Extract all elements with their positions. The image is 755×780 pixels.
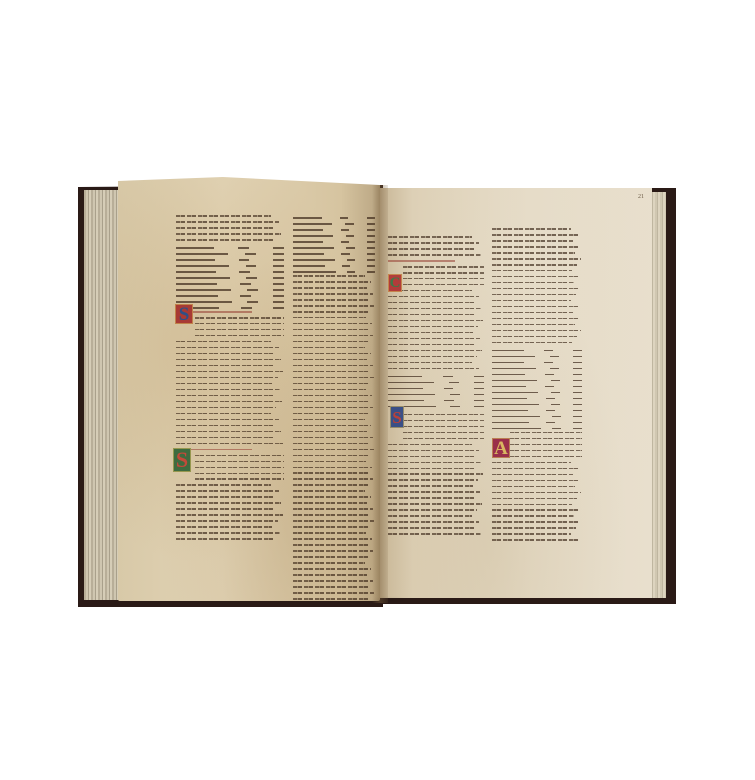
right-page-column-1 (388, 236, 484, 539)
script-line (293, 383, 370, 385)
script-line (176, 353, 273, 355)
script-line (195, 478, 284, 480)
book-gutter (372, 185, 388, 603)
script-line (510, 438, 582, 440)
script-line (403, 438, 484, 440)
script-line (403, 426, 484, 428)
script-line (388, 350, 482, 352)
script-line (293, 323, 372, 325)
script-line (388, 260, 455, 262)
script-line (195, 461, 284, 463)
script-line (293, 329, 368, 331)
script-line (388, 462, 481, 464)
script-line (176, 221, 279, 223)
script-line (176, 437, 275, 439)
script-line (492, 474, 573, 476)
script-line (195, 473, 284, 475)
script-line (388, 444, 472, 446)
illuminated-initial-c: C (388, 274, 402, 292)
script-line (176, 431, 281, 433)
script-line (293, 371, 368, 373)
script-line (176, 407, 276, 409)
script-line (492, 324, 575, 326)
script-line (176, 425, 273, 427)
script-line (176, 227, 273, 229)
script-line (293, 461, 366, 463)
script-line (293, 586, 368, 588)
script-line (388, 479, 478, 481)
script-line (492, 252, 575, 254)
script-line (176, 502, 281, 504)
script-line (293, 526, 370, 528)
script-line (293, 407, 373, 409)
script-line (492, 318, 579, 320)
script-line (492, 228, 571, 230)
script-line (176, 508, 275, 510)
script-line (293, 472, 368, 474)
script-line (293, 478, 373, 480)
script-line (176, 383, 272, 385)
illuminated-initial-a: A (492, 438, 510, 458)
script-line (293, 496, 371, 498)
script-line (293, 484, 369, 486)
manuscript-photo: S S C S A 21 (0, 0, 755, 780)
script-line (176, 377, 278, 379)
script-line (293, 401, 368, 403)
script-line (176, 239, 275, 241)
script-line (293, 281, 371, 283)
script-line (293, 598, 370, 600)
script-line (403, 278, 484, 280)
script-line (388, 236, 472, 238)
script-line (403, 414, 484, 416)
script-line (293, 437, 373, 439)
left-page-column-2 (293, 215, 375, 601)
script-line (195, 335, 284, 337)
script-line (293, 455, 370, 457)
script-line (492, 527, 576, 529)
script-line (293, 317, 366, 319)
left-page: S S (118, 177, 380, 601)
script-line (176, 520, 278, 522)
script-line (293, 275, 365, 277)
left-page-column-1 (176, 215, 284, 544)
script-line (293, 574, 367, 576)
script-line (176, 341, 271, 343)
script-line (492, 533, 571, 535)
script-line (492, 276, 578, 278)
script-line (293, 467, 372, 469)
script-line (195, 323, 284, 325)
script-line (388, 362, 472, 364)
script-line (293, 293, 373, 295)
script-line (510, 444, 582, 446)
script-line (195, 455, 284, 457)
script-line (492, 336, 577, 338)
script-line (403, 272, 484, 274)
script-line (293, 389, 366, 391)
script-line (195, 317, 284, 319)
script-line (293, 508, 373, 510)
script-line (293, 341, 369, 343)
script-line (388, 473, 483, 475)
script-line (388, 248, 474, 250)
script-line (388, 326, 478, 328)
script-line (176, 484, 271, 486)
script-line (176, 215, 271, 217)
right-page-column-2 (492, 228, 582, 545)
script-line (403, 420, 484, 422)
script-line (176, 490, 279, 492)
script-line (492, 258, 581, 260)
script-line (293, 550, 373, 552)
script-line (176, 371, 283, 373)
script-line (492, 468, 578, 470)
script-line (176, 526, 272, 528)
script-line (492, 504, 572, 506)
script-line (176, 233, 281, 235)
script-line (293, 299, 368, 301)
script-line (492, 498, 577, 500)
script-line (388, 302, 474, 304)
script-line (388, 497, 475, 499)
script-line (293, 449, 374, 451)
illuminated-initial-s: S (175, 304, 193, 324)
script-line (293, 514, 368, 516)
script-line (176, 365, 275, 367)
script-line (293, 335, 373, 337)
script-line (176, 347, 279, 349)
script-line (176, 496, 273, 498)
script-line (293, 413, 369, 415)
script-line (403, 266, 484, 268)
script-line (492, 509, 578, 511)
script-line (510, 450, 582, 452)
script-line (388, 344, 475, 346)
script-line (176, 389, 280, 391)
script-line (293, 443, 368, 445)
script-line (176, 514, 283, 516)
script-line (388, 533, 481, 535)
script-line (388, 521, 479, 523)
script-line (403, 284, 484, 286)
script-line (388, 456, 474, 458)
script-line (492, 539, 578, 541)
illuminated-initial-s: S (173, 448, 191, 472)
script-line (492, 264, 577, 266)
script-line (510, 456, 582, 458)
script-line (388, 515, 472, 517)
script-line (176, 443, 283, 445)
script-line (388, 338, 480, 340)
script-line (176, 359, 281, 361)
script-line (388, 491, 480, 493)
right-page: C S A 21 (380, 188, 652, 598)
script-line (293, 287, 367, 289)
script-line (293, 365, 373, 367)
script-line (492, 486, 575, 488)
script-line (388, 296, 479, 298)
script-line (492, 240, 573, 242)
script-line (492, 480, 579, 482)
script-line (176, 395, 274, 397)
script-line (492, 462, 571, 464)
script-line (195, 467, 284, 469)
script-line (492, 312, 573, 314)
script-line (176, 401, 282, 403)
script-line (176, 419, 279, 421)
script-line (388, 450, 479, 452)
script-line (388, 332, 473, 334)
script-line (403, 432, 484, 434)
script-line (293, 568, 371, 570)
script-line (293, 425, 371, 427)
script-line (293, 562, 365, 564)
script-line (492, 492, 581, 494)
script-line (388, 468, 476, 470)
script-line (492, 270, 572, 272)
script-line (388, 242, 479, 244)
script-line (492, 288, 580, 290)
script-line (176, 532, 280, 534)
script-line (492, 234, 578, 236)
script-line (293, 347, 365, 349)
script-line (388, 485, 473, 487)
script-line (492, 342, 572, 344)
script-line (492, 294, 576, 296)
script-line (176, 538, 274, 540)
script-line (293, 311, 370, 313)
script-line (492, 330, 581, 332)
script-line (293, 377, 374, 379)
illuminated-initial-s: S (390, 406, 404, 428)
script-line (388, 368, 479, 370)
script-line (176, 413, 271, 415)
script-line (293, 580, 373, 582)
script-line (510, 432, 582, 434)
script-line (293, 502, 367, 504)
script-line (492, 306, 578, 308)
page-number: 21 (638, 194, 644, 200)
page-edges-right (650, 192, 666, 598)
script-line (492, 246, 579, 248)
script-line (388, 320, 483, 322)
script-line (293, 395, 372, 397)
script-line (492, 521, 580, 523)
spine-shadow (370, 596, 410, 604)
script-line (293, 359, 367, 361)
script-line (388, 254, 481, 256)
script-line (388, 308, 481, 310)
script-line (195, 329, 284, 331)
script-line (388, 503, 482, 505)
script-line (492, 282, 574, 284)
script-line (293, 353, 371, 355)
script-line (388, 314, 476, 316)
script-line (388, 509, 477, 511)
script-line (293, 305, 374, 307)
script-line (293, 544, 368, 546)
script-line (293, 419, 365, 421)
script-line (293, 556, 369, 558)
script-line (492, 300, 571, 302)
script-line (293, 520, 374, 522)
script-line (293, 592, 374, 594)
script-line (293, 490, 365, 492)
script-line (293, 538, 372, 540)
script-line (388, 356, 477, 358)
script-line (388, 527, 474, 529)
script-line (293, 431, 367, 433)
script-line (293, 532, 366, 534)
script-line (492, 515, 574, 517)
